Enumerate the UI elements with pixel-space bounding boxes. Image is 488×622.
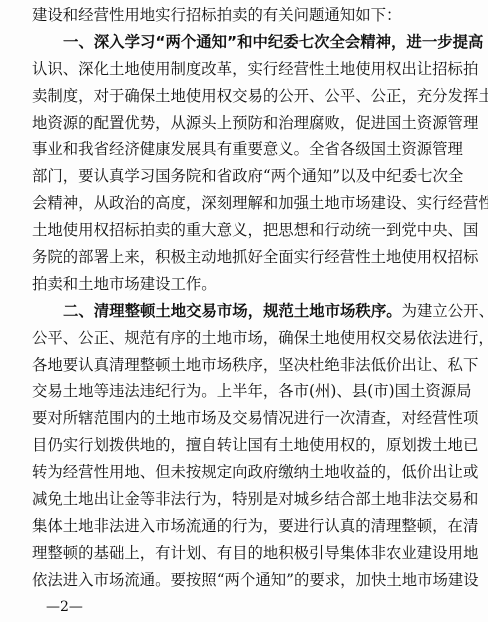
text-line: 务院的部署上来，积极主动地抓好全面实行经营性土地使用权招标 — [32, 244, 436, 271]
section-2-heading-continuation: 为建立公开、 — [402, 302, 488, 320]
text-line: 各地要认真清理整顿土地市场秩序，坚决杜绝非法低价出让、私下 — [32, 352, 436, 379]
document-page: 建设和经营性用地实行招标拍卖的有关问题通知如下： 一、深入学习“两个通知”和中纪… — [0, 0, 488, 622]
page-number: —2— — [46, 597, 83, 617]
section-1-heading: 一、深入学习“两个通知”和中纪委七次全会精神，进一步提高 — [32, 29, 436, 56]
text-line: 会精神，从政治的高度，深刻理解和加强土地市场建设、实行经营性 — [32, 190, 436, 217]
text-line: 转为经营性用地、但未按规定向政府缴纳土地收益的，低价出让或 — [32, 459, 436, 486]
text-line-section-1-end: 拍卖和土地市场建设工作。 — [32, 271, 436, 298]
section-2-heading: 二、清理整顿土地交易市场，规范土地市场秩序。 — [63, 302, 402, 320]
text-line: 事业和我省经济健康发展具有重要意义。全省各级国土资源管理 — [32, 136, 436, 163]
text-line: 卖制度，对于确保土地使用权交易的公开、公平、公正，充分发挥土 — [32, 83, 436, 110]
document-body: 建设和经营性用地实行招标拍卖的有关问题通知如下： 一、深入学习“两个通知”和中纪… — [32, 2, 436, 594]
text-line: 减免土地出让金等非法行为，特别是对城乡结合部土地非法交易和 — [32, 486, 436, 513]
text-line: 地资源的配置优势，从源头上预防和治理腐败，促进国土资源管理 — [32, 110, 436, 137]
section-2-heading-line: 二、清理整顿土地交易市场，规范土地市场秩序。为建立公开、 — [32, 298, 436, 325]
text-line: 部门，要认真学习国务院和省政府“两个通知”以及中纪委七次全 — [32, 163, 436, 190]
text-line: 交易土地等违法违纪行为。上半年，各市(州)、县(市)国土资源局 — [32, 378, 436, 405]
text-line: 要对所辖范围内的土地市场及交易情况进行一次清查，对经营性项 — [32, 405, 436, 432]
text-line: 集体土地非法进入市场流通的行为，要进行认真的清理整顿，在清 — [32, 513, 436, 540]
text-line: 理整顿的基础上，有计划、有目的地积极引导集体非农业建设用地 — [32, 540, 436, 567]
text-line: 目仍实行划拨供地的，擅自转让国有土地使用权的，原划拨土地已 — [32, 432, 436, 459]
text-line: 依法进入市场流通。要按照“两个通知”的要求，加快土地市场建设 — [32, 567, 436, 594]
text-line: 认识、深化土地使用制度改革，实行经营性土地使用权出让招标拍 — [32, 56, 436, 83]
text-line: 土地使用权招标拍卖的重大意义，把思想和行动统一到党中央、国 — [32, 217, 436, 244]
text-line-intro: 建设和经营性用地实行招标拍卖的有关问题通知如下： — [32, 2, 436, 29]
text-line: 公平、公正、规范有序的土地市场，确保土地使用权交易依法进行， — [32, 325, 436, 352]
